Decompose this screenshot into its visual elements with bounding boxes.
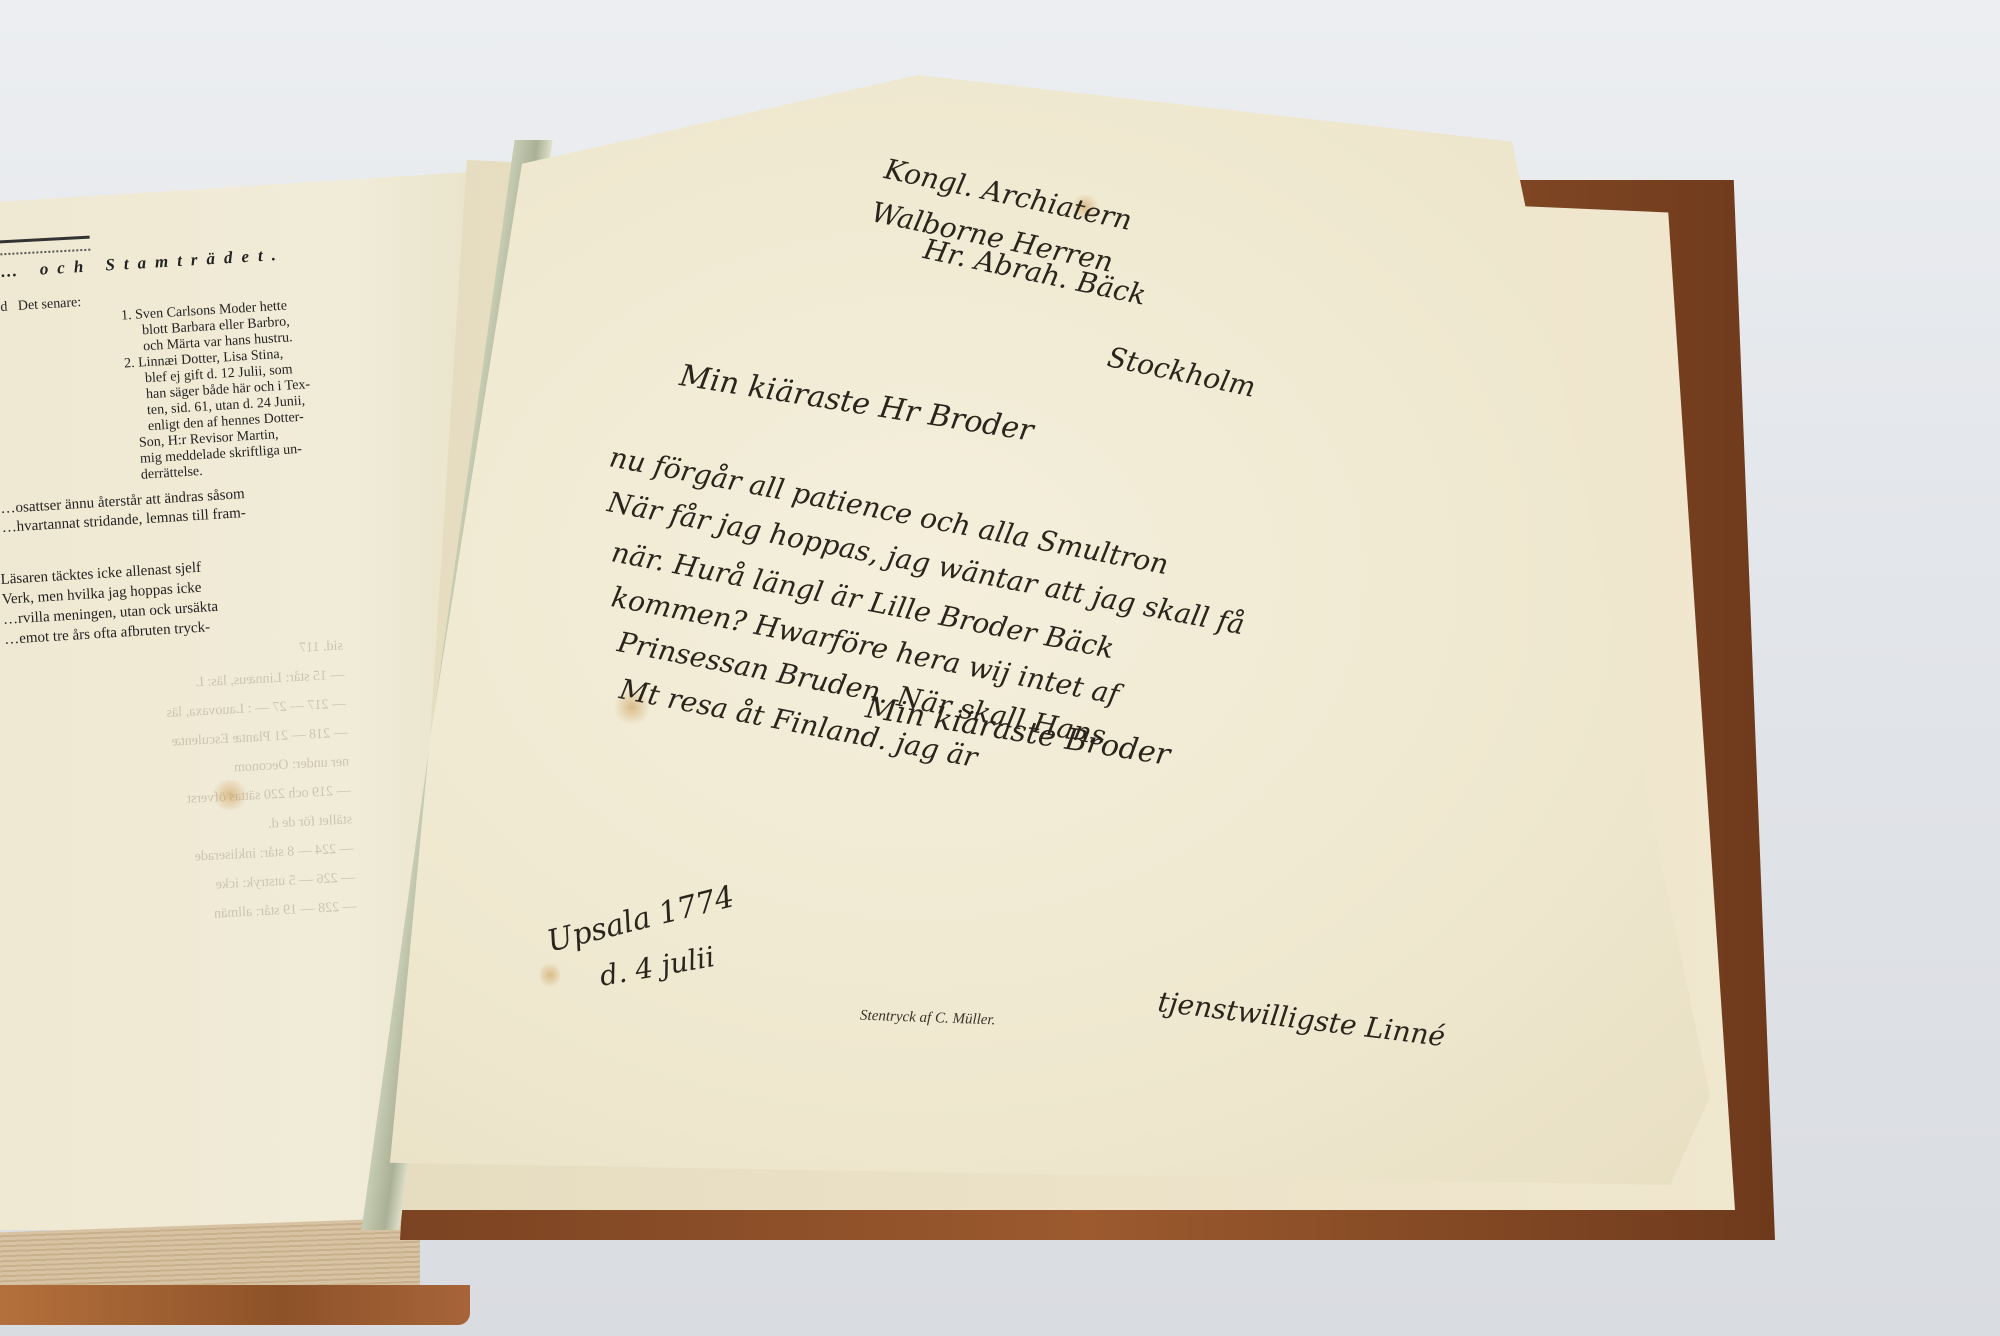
book-photo-scene: … och Stamträdet. d Det senare: 1. Sven … bbox=[0, 0, 2000, 1336]
foxing-stain bbox=[540, 960, 560, 990]
show-through-text: sid. 117 — 15 står: Linnæus, läs: L — 21… bbox=[13, 632, 358, 939]
left-page-footnote: d Det senare: 1. Sven Carlsons Moder het… bbox=[0, 274, 431, 491]
left-leather-cover bbox=[0, 1285, 470, 1325]
foxing-stain bbox=[210, 780, 250, 810]
